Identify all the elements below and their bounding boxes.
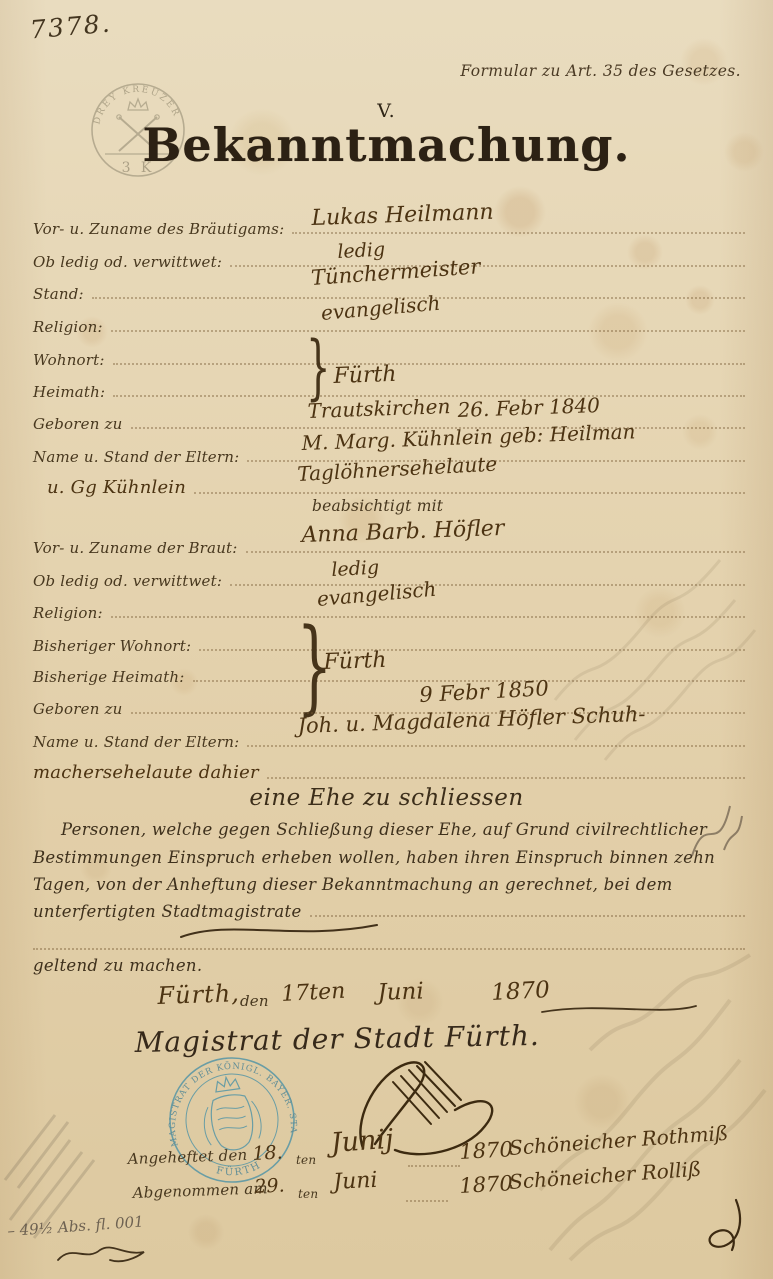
- field-value-handwritten: Trautskirchen: [307, 394, 451, 423]
- field-label: Name u. Stand der Eltern:: [33, 733, 239, 751]
- field-value-handwritten: Fürth: [323, 648, 387, 675]
- field-label-handwritten: machersehelaute dahier: [33, 762, 259, 783]
- dateline-place: Fürth,: [157, 979, 240, 1010]
- posted-day-suffix: ten: [296, 1153, 316, 1167]
- field-label: Religion:: [33, 318, 103, 336]
- dotted-line: [113, 361, 745, 365]
- dotted-line: [230, 263, 745, 267]
- removed-day-suffix: ten: [298, 1187, 318, 1201]
- field-label: Ob ledig od. verwittwet:: [33, 572, 222, 590]
- field-label: Religion:: [33, 604, 103, 622]
- removed-label: Abgenommen am: [132, 1179, 268, 1202]
- dotted-line: [406, 1198, 448, 1202]
- notice-line-2: Bestimmungen Einspruch erheben wollen, h…: [33, 848, 743, 867]
- handwritten-dash-flourish: [175, 915, 385, 945]
- field-label: Wohnort:: [33, 351, 105, 369]
- field-label: Stand:: [33, 285, 84, 303]
- pencil-scribble: [680, 798, 750, 868]
- posted-month-handwritten: Junij: [330, 1124, 395, 1159]
- form-reference: Formular zu Art. 35 des Gesetzes.: [460, 62, 741, 80]
- posted-day-handwritten: 18.: [252, 1141, 283, 1165]
- page-title: Bekanntmachung.: [0, 118, 773, 172]
- bleed-through-writing: [530, 950, 770, 1270]
- bleed-through-pencil: [0, 1060, 120, 1240]
- field-label: Ob ledig od. verwittwet:: [33, 253, 222, 271]
- dateline-month-handwritten: Juni: [377, 978, 424, 1006]
- removed-year-handwritten: 1870: [459, 1171, 514, 1198]
- field-label: Bisheriger Wohnort:: [33, 637, 191, 655]
- bleed-through-writing: [545, 540, 765, 770]
- intent-line: eine Ehe zu schliessen: [0, 785, 773, 811]
- field-label: Name u. Stand der Eltern:: [33, 448, 239, 466]
- removed-month-handwritten: Juni: [333, 1168, 378, 1195]
- field-value-handwritten: ledig: [337, 239, 386, 263]
- field-label: Vor- u. Zuname der Braut:: [33, 539, 238, 557]
- removed-day-handwritten: 29.: [254, 1174, 285, 1198]
- notice-line-4: unterfertigten Stadtmagistrate: [33, 895, 745, 921]
- field-label-handwritten: u. Gg Kühnlein: [47, 477, 186, 498]
- dotted-line: [267, 775, 745, 779]
- dotted-line: [408, 1163, 460, 1167]
- field-brace: }: [306, 332, 331, 402]
- field-value-handwritten: Fürth: [333, 362, 397, 389]
- field-label: Heimath:: [33, 383, 105, 401]
- dotted-line: [111, 328, 745, 332]
- document-page: 7378. DREY KREUZER 3 K Formular zu Art. …: [0, 0, 773, 1279]
- field-label: Geboren zu: [33, 415, 123, 433]
- field-label: Geboren zu: [33, 700, 123, 718]
- field-label: Bisherige Heimath:: [33, 668, 185, 686]
- dateline-den: den: [240, 992, 269, 1010]
- notice-line-1: Personen, welche gegen Schließung dieser…: [33, 820, 743, 839]
- field-value-handwritten: ledig: [331, 557, 380, 581]
- posted-year-handwritten: 1870: [459, 1137, 514, 1164]
- dotted-line: [194, 490, 745, 494]
- field-value-handwritten: 26. Febr 1840: [457, 393, 600, 422]
- dateline-day-handwritten: 17ten: [281, 979, 346, 1007]
- printed-phrase-intends-with: beabsichtigt mit: [312, 497, 443, 515]
- municipal-stamp: MAGISTRAT DER KÖNIGL. BAYER. STADT FÜRTH: [148, 1036, 315, 1203]
- dotted-line: [292, 230, 745, 234]
- document-number: 7378.: [29, 9, 113, 45]
- clerk-initial-signature: [52, 1240, 152, 1270]
- notice-line-3: Tagen, von der Anheftung dieser Bekanntm…: [33, 875, 743, 894]
- field-label: Vor- u. Zuname des Bräutigams:: [33, 220, 284, 238]
